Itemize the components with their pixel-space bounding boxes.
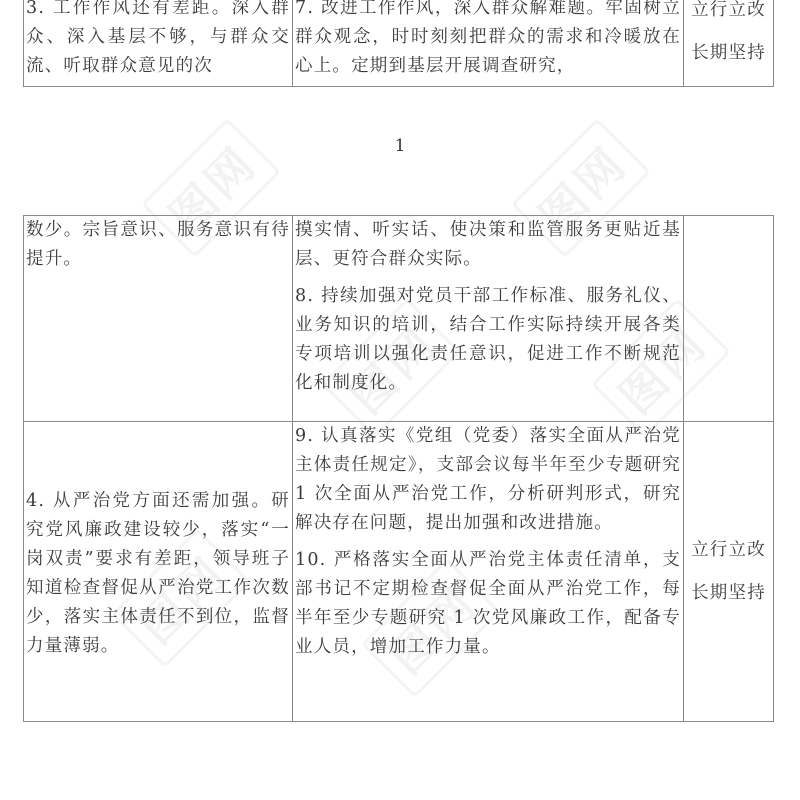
table-row: 3. 工作作风还有差距。深入群众、深入基层不够，与群众交流、听取群众意见的次 7… — [24, 0, 774, 87]
measure-text: 10. 严格落实全面从严治党主体责任清单，支部书记不定期检查督促全面从严治党工作… — [295, 546, 681, 662]
rectification-table: 数少。宗旨意识、服务意识有待提升。 摸实情、听实话、使决策和监管服务更贴近基层、… — [23, 215, 774, 722]
measure-text: 9. 认真落实《党组（党委）落实全面从严治党主体责任规定》，支部会议每半年至少专… — [295, 422, 681, 538]
page-number: 1 — [0, 136, 800, 156]
table-fragment-top: 3. 工作作风还有差距。深入群众、深入基层不够，与群众交流、听取群众意见的次 7… — [23, 0, 773, 87]
status-text: 长期坚持 — [684, 579, 773, 608]
issue-cell: 3. 工作作风还有差距。深入群众、深入基层不够，与群众交流、听取群众意见的次 — [24, 0, 293, 87]
issue-text: 3. 工作作风还有差距。深入群众、深入基层不够，与群众交流、听取群众意见的次 — [26, 0, 290, 81]
status-cell: 立行立改 长期坚持 — [684, 422, 774, 722]
measure-text: 7. 改进工作作风，深入群众解难题。牢固树立群众观念，时时刻刻把群众的需求和冷暖… — [295, 0, 681, 81]
issue-cell: 数少。宗旨意识、服务意识有待提升。 — [24, 216, 293, 422]
issue-text: 4. 从严治党方面还需加强。研究党风廉政建设较少，落实“一岗双责”要求有差距，领… — [26, 487, 290, 661]
measure-text: 8. 持续加强对党员干部工作标准、服务礼仪、业务知识的培训，结合工作实际持续开展… — [295, 282, 681, 398]
status-text: 长期坚持 — [684, 39, 773, 68]
issue-cell: 4. 从严治党方面还需加强。研究党风廉政建设较少，落实“一岗双责”要求有差距，领… — [24, 422, 293, 722]
table-row: 数少。宗旨意识、服务意识有待提升。 摸实情、听实话、使决策和监管服务更贴近基层、… — [24, 216, 774, 422]
measure-text: 摸实情、听实话、使决策和监管服务更贴近基层、更符合群众实际。 — [295, 216, 681, 274]
table-fragment-bottom: 数少。宗旨意识、服务意识有待提升。 摸实情、听实话、使决策和监管服务更贴近基层、… — [23, 215, 773, 722]
status-text: 立行立改 — [684, 536, 773, 565]
measures-cell: 摸实情、听实话、使决策和监管服务更贴近基层、更符合群众实际。 8. 持续加强对党… — [293, 216, 684, 422]
measures-cell: 7. 改进工作作风，深入群众解难题。牢固树立群众观念，时时刻刻把群众的需求和冷暖… — [293, 0, 684, 87]
status-cell — [684, 216, 774, 422]
measures-cell: 9. 认真落实《党组（党委）落实全面从严治党主体责任规定》，支部会议每半年至少专… — [293, 422, 684, 722]
table-row: 4. 从严治党方面还需加强。研究党风廉政建设较少，落实“一岗双责”要求有差距，领… — [24, 422, 774, 722]
rectification-table: 3. 工作作风还有差距。深入群众、深入基层不够，与群众交流、听取群众意见的次 7… — [23, 0, 774, 87]
status-text: 立行立改 — [684, 0, 773, 25]
status-cell: 立行立改 长期坚持 — [684, 0, 774, 87]
issue-text: 数少。宗旨意识、服务意识有待提升。 — [26, 216, 290, 274]
